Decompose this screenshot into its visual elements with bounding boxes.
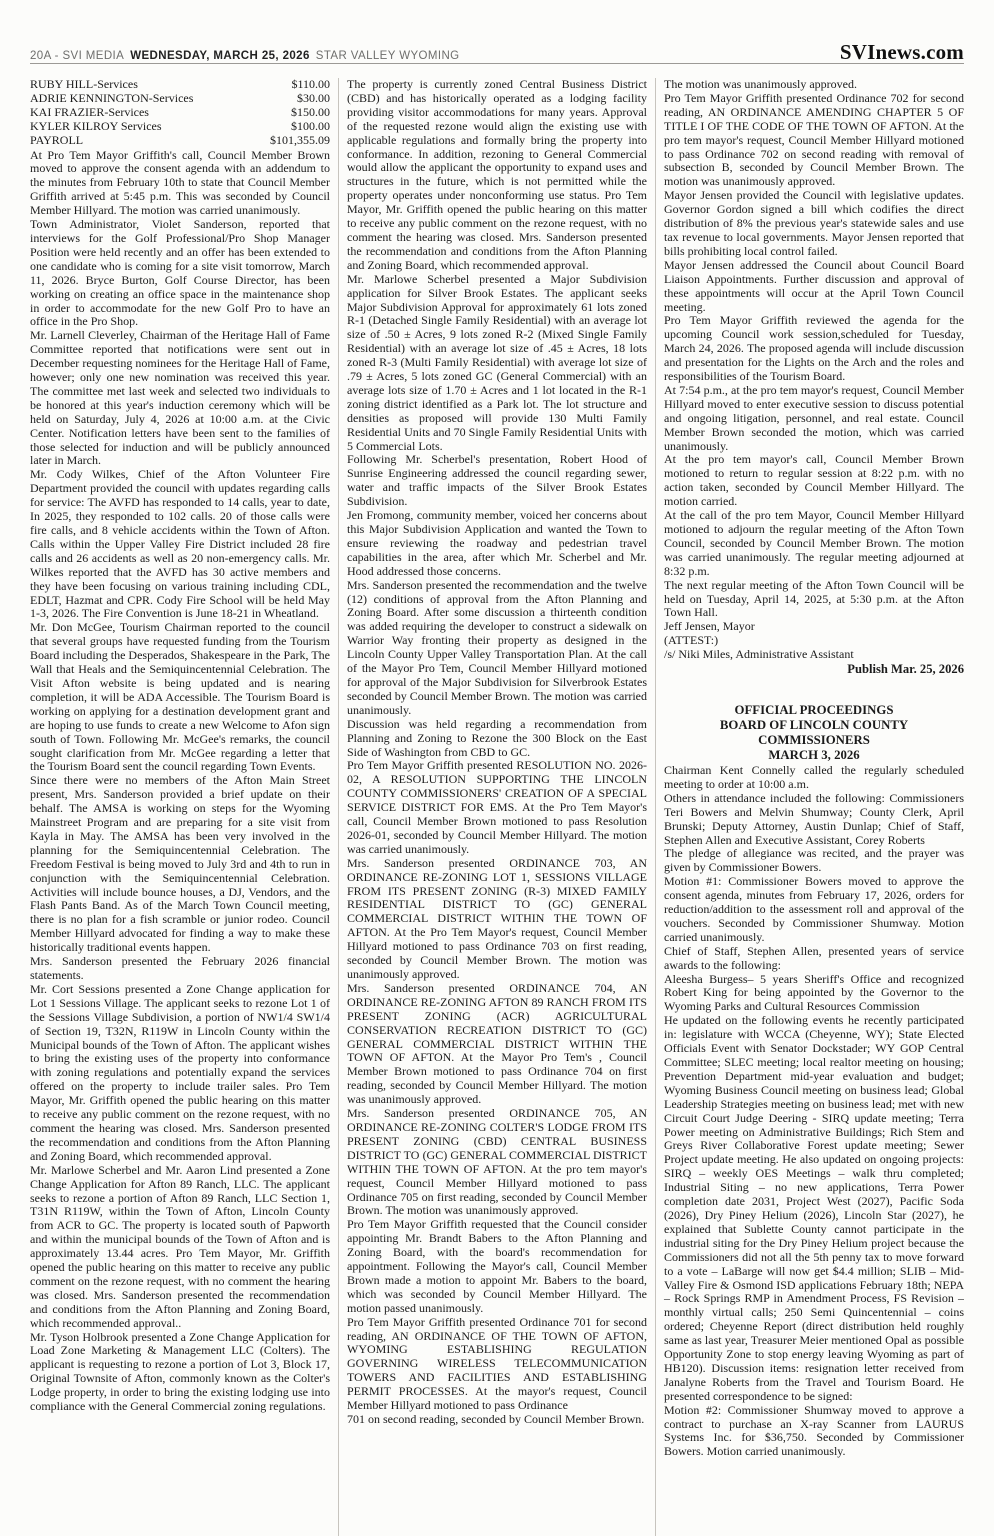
paragraph: At 7:54 p.m., at the pro tem mayor's req… bbox=[664, 384, 964, 454]
payee-name: ADRIE KENNINGTON-Services bbox=[30, 92, 193, 106]
column-1: RUBY HILL-Services $110.00 ADRIE KENNING… bbox=[30, 78, 330, 1536]
paragraph: Following Mr. Scherbel's presentation, R… bbox=[347, 453, 647, 509]
paragraph: Pro Tem Mayor Griffith requested that th… bbox=[347, 1218, 647, 1315]
paragraph: At the call of the pro tem Mayor, Counci… bbox=[664, 509, 964, 579]
ledger-row: KYLER KILROY Services $100.00 bbox=[30, 120, 330, 134]
heading-line: MARCH 3, 2026 bbox=[664, 748, 964, 763]
paragraph: Mayor Jensen provided the Council with l… bbox=[664, 189, 964, 259]
masthead-left: 20A - SVI MEDIA WEDNESDAY, MARCH 25, 202… bbox=[30, 50, 460, 62]
paragraph: Pro Tem Mayor Griffith presented Ordinan… bbox=[347, 1316, 647, 1413]
payments-ledger: RUBY HILL-Services $110.00 ADRIE KENNING… bbox=[30, 78, 330, 148]
paragraph: Mrs. Sanderson presented the February 20… bbox=[30, 955, 330, 983]
paragraph: Mr. Marlowe Scherbel presented a Major S… bbox=[347, 273, 647, 454]
paragraph: Mrs. Sanderson presented the recommendat… bbox=[347, 579, 647, 718]
masthead-rule bbox=[30, 63, 964, 64]
paragraph: Motion #2: Commissioner Shumway moved to… bbox=[664, 1404, 964, 1460]
payment-amount: $30.00 bbox=[297, 92, 330, 106]
paragraph: Mrs. Sanderson presented ORDINANCE 704, … bbox=[347, 982, 647, 1107]
signature-block: Jeff Jensen, Mayor (ATTEST:) /s/ Niki Mi… bbox=[664, 620, 964, 662]
paragraph: The pledge of allegiance was recited, an… bbox=[664, 847, 964, 875]
column-2-text: The property is currently zoned Central … bbox=[347, 78, 647, 1427]
ledger-row: RUBY HILL-Services $110.00 bbox=[30, 78, 330, 92]
newspaper-page: 20A - SVI MEDIA WEDNESDAY, MARCH 25, 202… bbox=[0, 0, 994, 1536]
official-proceedings-heading: OFFICIAL PROCEEDINGS BOARD OF LINCOLN CO… bbox=[664, 703, 964, 763]
signature-line: (ATTEST:) bbox=[664, 634, 964, 648]
payment-amount: $150.00 bbox=[291, 106, 330, 120]
heading-line: BOARD OF LINCOLN COUNTY COMMISSIONERS bbox=[664, 718, 964, 748]
column-2: The property is currently zoned Central … bbox=[338, 78, 647, 1536]
paragraph: The motion was unanimously approved. bbox=[664, 78, 964, 92]
paragraph: Town Administrator, Violet Sanderson, re… bbox=[30, 218, 330, 329]
ledger-row: ADRIE KENNINGTON-Services $30.00 bbox=[30, 92, 330, 106]
paragraph: Mr. Don McGee, Tourism Chairman reported… bbox=[30, 621, 330, 774]
paragraph: Chairman Kent Connelly called the regula… bbox=[664, 764, 964, 792]
paragraph: The next regular meeting of the Afton To… bbox=[664, 579, 964, 621]
payment-amount: $110.00 bbox=[291, 78, 330, 92]
paragraph: Mr. Larnell Cleverley, Chairman of the H… bbox=[30, 329, 330, 468]
paragraph: Chief of Staff, Stephen Allen, presented… bbox=[664, 945, 964, 973]
location-label: STAR VALLEY WYOMING bbox=[316, 50, 460, 62]
column-3: The motion was unanimously approved. Pro… bbox=[655, 78, 964, 1536]
column-3-text-bottom: Chairman Kent Connelly called the regula… bbox=[664, 764, 964, 1459]
website-label: SVInews.com bbox=[840, 40, 964, 65]
paragraph: Since there were no members of the Afton… bbox=[30, 774, 330, 955]
payee-name: KYLER KILROY Services bbox=[30, 120, 162, 134]
page-number-label: 20A - SVI MEDIA bbox=[30, 50, 124, 62]
paragraph: At the pro tem mayor's call, Council Mem… bbox=[664, 453, 964, 509]
paragraph: At Pro Tem Mayor Griffith's call, Counci… bbox=[30, 149, 330, 219]
masthead: 20A - SVI MEDIA WEDNESDAY, MARCH 25, 202… bbox=[30, 40, 964, 65]
paragraph: Mrs. Sanderson presented ORDINANCE 703, … bbox=[347, 857, 647, 982]
paragraph: Aleesha Burgess– 5 years Sheriff's Offic… bbox=[664, 973, 964, 1015]
paragraph: Jen Fromong, community member, voiced he… bbox=[347, 509, 647, 579]
column-3-text-top: The motion was unanimously approved. Pro… bbox=[664, 78, 964, 620]
paragraph: Pro Tem Mayor Griffith presented Ordinan… bbox=[664, 92, 964, 189]
heading-line: OFFICIAL PROCEEDINGS bbox=[664, 703, 964, 718]
ledger-row: PAYROLL $101,355.09 bbox=[30, 134, 330, 148]
paragraph: Pro Tem Mayor Griffith reviewed the agen… bbox=[664, 314, 964, 384]
payee-name: KAI FRAZIER-Services bbox=[30, 106, 149, 120]
paragraph: Discussion was held regarding a recommen… bbox=[347, 718, 647, 760]
paragraph: Mr. Cort Sessions presented a Zone Chang… bbox=[30, 983, 330, 1164]
paragraph: Mayor Jensen addressed the Council about… bbox=[664, 259, 964, 315]
paragraph: Mrs. Sanderson presented ORDINANCE 705, … bbox=[347, 1107, 647, 1218]
payment-amount: $100.00 bbox=[291, 120, 330, 134]
ledger-row: KAI FRAZIER-Services $150.00 bbox=[30, 106, 330, 120]
payment-amount: $101,355.09 bbox=[270, 134, 330, 148]
publish-line: Publish Mar. 25, 2026 bbox=[664, 663, 964, 677]
paragraph: The property is currently zoned Central … bbox=[347, 78, 647, 273]
paragraph: Mr. Tyson Holbrook presented a Zone Chan… bbox=[30, 1331, 330, 1414]
column-1-text: At Pro Tem Mayor Griffith's call, Counci… bbox=[30, 149, 330, 1414]
paragraph: He updated on the following events he re… bbox=[664, 1014, 964, 1403]
paragraph: Mr. Cody Wilkes, Chief of the Afton Volu… bbox=[30, 468, 330, 621]
article-columns: RUBY HILL-Services $110.00 ADRIE KENNING… bbox=[30, 78, 964, 1536]
paragraph: 701 on second reading, seconded by Counc… bbox=[347, 1413, 647, 1427]
signature-line: /s/ Niki Miles, Administrative Assistant bbox=[664, 648, 964, 662]
paragraph: Mr. Marlowe Scherbel and Mr. Aaron Lind … bbox=[30, 1164, 330, 1331]
issue-date: WEDNESDAY, MARCH 25, 2026 bbox=[130, 50, 310, 62]
paragraph: Pro Tem Mayor Griffith presented RESOLUT… bbox=[347, 759, 647, 856]
payee-name: RUBY HILL-Services bbox=[30, 78, 138, 92]
paragraph: Motion #1: Commissioner Bowers moved to … bbox=[664, 875, 964, 945]
signature-line: Jeff Jensen, Mayor bbox=[664, 620, 964, 634]
paragraph: Others in attendance included the follow… bbox=[664, 792, 964, 848]
payee-name: PAYROLL bbox=[30, 134, 83, 148]
